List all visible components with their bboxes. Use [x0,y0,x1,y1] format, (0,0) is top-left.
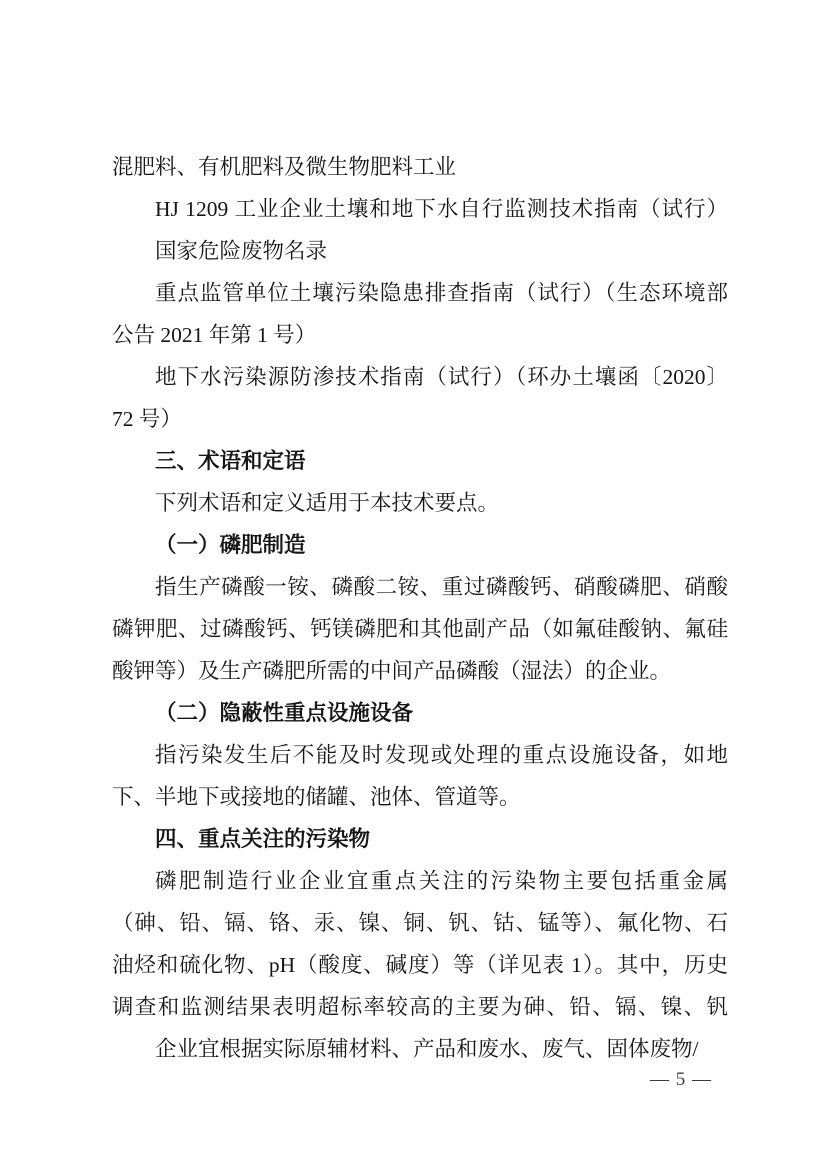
phosphate-definition-line-1: 指生产磷酸一铵、磷酸二铵、重过磷酸钙、硝酸磷肥、硝酸 [112,566,728,608]
pollutants-paragraph-line-2: （砷、铅、镉、铬、汞、镍、铜、钒、钴、锰等）、氟化物、石 [112,902,728,944]
reference-line-groundwater-seepage-1: 地下水污染源防渗技术指南（试行）（环办土壤函〔2020〕 [112,356,728,398]
heading-section-3-terms: 三、术语和定语 [112,440,728,482]
hidden-facilities-definition-line-1: 指污染发生后不能及时发现或处理的重点设施设备，如地 [112,734,728,776]
heading-section-4-key-pollutants: 四、重点关注的污染物 [112,818,728,860]
document-page: 混肥料、有机肥料及微生物肥料工业 HJ 1209 工业企业土壤和地下水自行监测技… [0,0,826,1169]
pollutants-paragraph-line-4: 调查和监测结果表明超标率较高的主要为砷、铅、镉、镍、钒等。 [112,986,728,1028]
pollutants-paragraph-line-3: 油烃和硫化物、pH（酸度、碱度）等（详见表 1）。其中，历史 [112,944,728,986]
reference-line-hj1209: HJ 1209 工业企业土壤和地下水自行监测技术指南（试行） [112,188,728,230]
terms-intro-line: 下列术语和定义适用于本技术要点。 [112,482,728,524]
reference-line-soil-hidden-danger-1: 重点监管单位土壤污染隐患排查指南（试行）（生态环境部 [112,272,728,314]
pollutants-paragraph-line-1: 磷肥制造行业企业宜重点关注的污染物主要包括重金属 [112,860,728,902]
reference-line-hazardous-waste-list: 国家危险废物名录 [112,230,728,272]
enterprise-paragraph-start-line: 企业宜根据实际原辅材料、产品和废水、废气、固体废物/ [112,1028,728,1070]
reference-line-soil-hidden-danger-2: 公告 2021 年第 1 号） [112,314,728,356]
reference-line-fertilizer-industry: 混肥料、有机肥料及微生物肥料工业 [112,146,728,188]
hidden-facilities-definition-line-2: 下、半地下或接地的储罐、池体、管道等。 [112,776,728,818]
phosphate-definition-line-3: 酸钾等）及生产磷肥所需的中间产品磷酸（湿法）的企业。 [112,650,728,692]
heading-sub-1-phosphate-manufacturing: （一）磷肥制造 [112,524,728,566]
page-number: — 5 — [650,1068,712,1092]
heading-sub-2-hidden-key-facilities: （二）隐蔽性重点设施设备 [112,692,728,734]
document-body: 混肥料、有机肥料及微生物肥料工业 HJ 1209 工业企业土壤和地下水自行监测技… [112,146,728,1070]
reference-line-groundwater-seepage-2: 72 号） [112,398,728,440]
phosphate-definition-line-2: 磷钾肥、过磷酸钙、钙镁磷肥和其他副产品（如氟硅酸钠、氟硅 [112,608,728,650]
